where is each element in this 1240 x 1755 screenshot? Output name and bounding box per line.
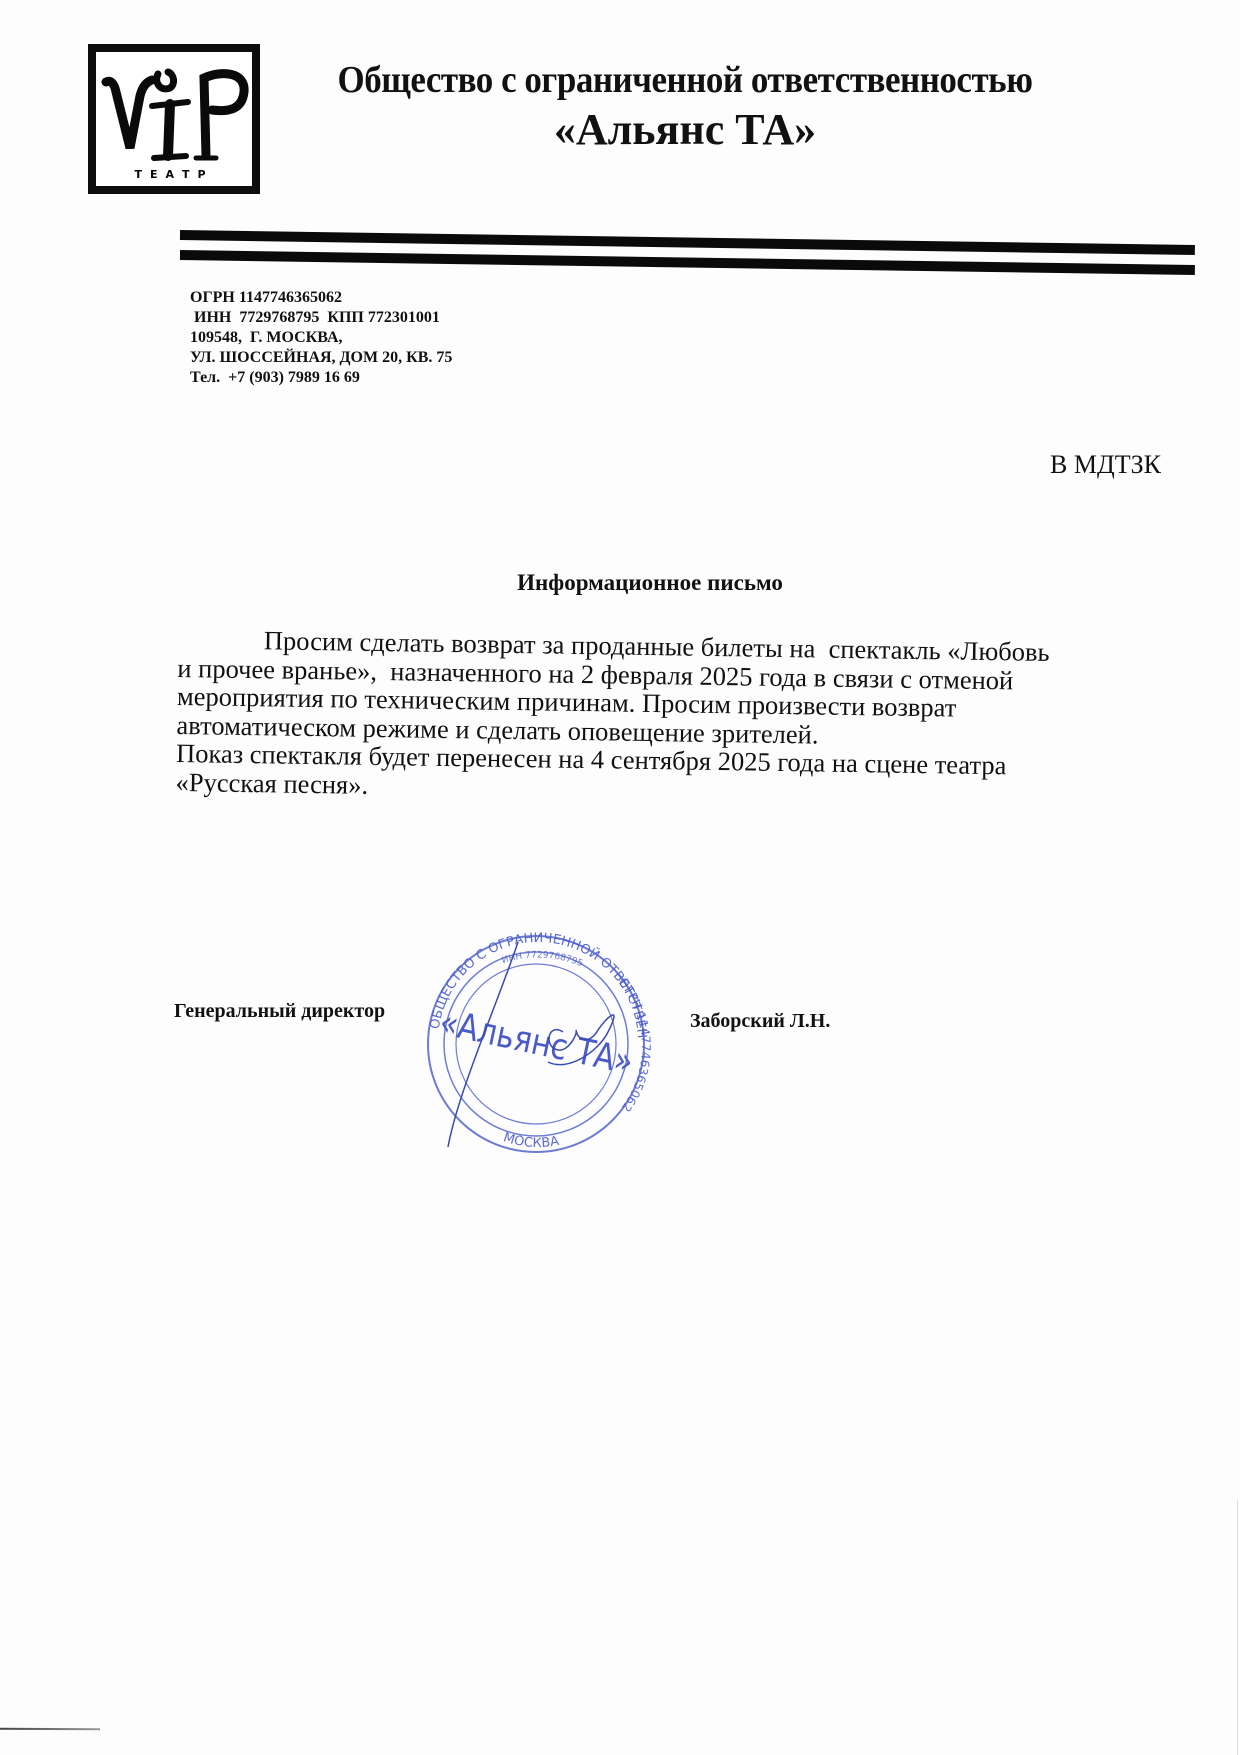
- svg-text:«Альянс ТА»: «Альянс ТА»: [436, 1000, 637, 1082]
- requisite-postal-city: 109548, Г. МОСКВА,: [190, 328, 452, 348]
- scan-edge-line: [1237, 1500, 1238, 1755]
- company-seal-icon: ОБЩЕСТВО С ОГРАНИЧЕННОЙ ОТВЕТСТВЕННОСТЬЮ…: [418, 922, 668, 1162]
- vip-theatre-logo-icon: ТЕАТР: [96, 52, 252, 186]
- requisite-phone: Тел. +7 (903) 7989 16 69: [190, 368, 452, 388]
- signatory-position: Генеральный директор: [174, 1000, 385, 1023]
- requisite-ogrn: ОГРН 1147746365062: [190, 288, 452, 308]
- company-seal: ОБЩЕСТВО С ОГРАНИЧЕННОЙ ОТВЕТСТВЕННОСТЬЮ…: [418, 922, 668, 1167]
- vip-theatre-logo: ТЕАТР: [88, 44, 260, 194]
- signatory-name: Заборский Л.Н.: [690, 1010, 830, 1033]
- scan-edge-mark: [0, 1728, 100, 1731]
- svg-text:ТЕАТР: ТЕАТР: [134, 168, 213, 181]
- requisite-inn-kpp: ИНН 7729768795 КПП 772301001: [190, 308, 452, 328]
- company-legal-form: Общество с ограниченной ответственностью: [322, 58, 1049, 102]
- letter-body: Просим сделать возврат за проданные биле…: [175, 625, 1177, 811]
- company-brand-name: «Альянс ТА»: [290, 104, 1080, 155]
- document-title: Информационное письмо: [0, 570, 1240, 596]
- addressee: В МДТЗК: [1050, 450, 1161, 480]
- company-name: Общество с ограниченной ответственностью…: [290, 58, 1080, 155]
- header-rule-bottom: [180, 250, 1195, 275]
- requisite-street: УЛ. ШОССЕЙНАЯ, ДОМ 20, КВ. 75: [190, 348, 452, 368]
- company-requisites: ОГРН 1147746365062 ИНН 7729768795 КПП 77…: [190, 288, 452, 388]
